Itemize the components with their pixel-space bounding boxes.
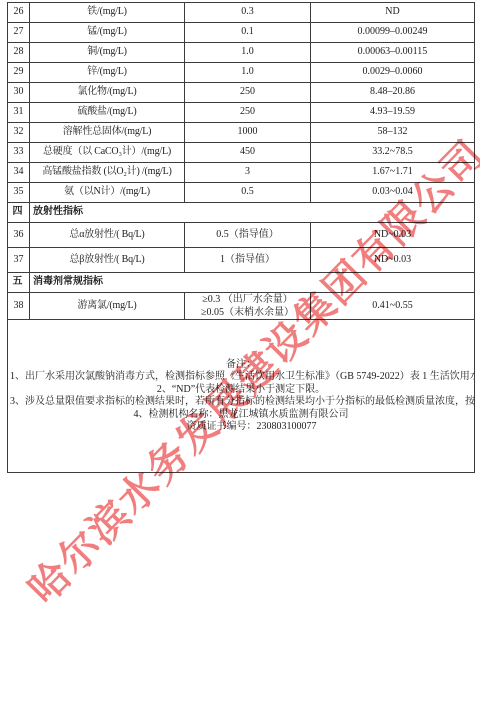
table-row: 36 总α放射性/( Bq/L) 0.5（指导值） ND~0.03 xyxy=(8,223,475,248)
indicator-name: 氯化物/(mg/L) xyxy=(30,83,185,103)
indicator-name: 硫酸盐/(mg/L) xyxy=(30,103,185,123)
result-value: 0.03~0.04 xyxy=(311,183,475,203)
note-item: 4、检测机构名称：黑龙江城镇水质监测有限公司 xyxy=(10,409,472,422)
indicator-name: 溶解性总固体/(mg/L) xyxy=(30,123,185,143)
row-number: 32 xyxy=(8,123,30,143)
limit-value: 3 xyxy=(185,163,311,183)
limit-line-factory: ≥0.3 （出厂水余量） xyxy=(187,293,308,306)
result-value: 8.48–20.86 xyxy=(311,83,475,103)
row-number: 34 xyxy=(8,163,30,183)
result-value: 0.41~0.55 xyxy=(311,293,475,320)
note-item: 2、“ND”代表检测结果小于测定下限。 xyxy=(10,384,472,397)
table-row: 26 铁/(mg/L) 0.3 ND xyxy=(8,3,475,23)
report-page: 26 铁/(mg/L) 0.3 ND 27 锰/(mg/L) 0.1 0.000… xyxy=(0,0,480,705)
result-value: 1.67~1.71 xyxy=(311,163,475,183)
row-number: 35 xyxy=(8,183,30,203)
result-value: 58–132 xyxy=(311,123,475,143)
limit-value: 250 xyxy=(185,83,311,103)
limit-value: ≥0.3 （出厂水余量） ≥0.05（末梢水余量） xyxy=(185,293,311,320)
section-number: 四 xyxy=(8,203,30,223)
row-number: 29 xyxy=(8,63,30,83)
table-row: 32 溶解性总固体/(mg/L) 1000 58–132 xyxy=(8,123,475,143)
limit-value: 450 xyxy=(185,143,311,163)
limit-value: 250 xyxy=(185,103,311,123)
indicator-name: 铁/(mg/L) xyxy=(30,3,185,23)
section-number: 五 xyxy=(8,273,30,293)
notes-cell: 备注： 1、出厂水采用次氯酸钠消毒方式，检测指标参照《生活饮用水卫生标准》（GB… xyxy=(8,320,475,473)
table-row: 31 硫酸盐/(mg/L) 250 4.93–19.59 xyxy=(8,103,475,123)
indicator-name: 总α放射性/( Bq/L) xyxy=(30,223,185,248)
row-number: 30 xyxy=(8,83,30,103)
row-number: 38 xyxy=(8,293,30,320)
note-item: 3、涉及总量限值要求指标的检测结果时，若所有分指标的检测结果均小于分指标的最低检… xyxy=(10,396,472,409)
indicator-name: 高锰酸盐指数 (以O₂计) /(mg/L) xyxy=(30,163,185,183)
row-number: 36 xyxy=(8,223,30,248)
limit-value: 0.3 xyxy=(185,3,311,23)
water-quality-table: 26 铁/(mg/L) 0.3 ND 27 锰/(mg/L) 0.1 0.000… xyxy=(7,2,475,473)
limit-value: 1.0 xyxy=(185,43,311,63)
table-row: 33 总硬度（以 CaCO₃计）/(mg/L) 450 33.2~78.5 xyxy=(8,143,475,163)
section-header-disinfectant: 五 消毒剂常规指标 xyxy=(8,273,475,293)
result-value: 33.2~78.5 xyxy=(311,143,475,163)
note-item: 1、出厂水采用次氯酸钠消毒方式，检测指标参照《生活饮用水卫生标准》（GB 574… xyxy=(10,371,472,384)
section-title: 放射性指标 xyxy=(30,203,475,223)
result-value: ND~0.03 xyxy=(311,223,475,248)
table-row: 30 氯化物/(mg/L) 250 8.48–20.86 xyxy=(8,83,475,103)
table-row: 27 锰/(mg/L) 0.1 0.00099–0.00249 xyxy=(8,23,475,43)
table-row: 28 铜/(mg/L) 1.0 0.00063–0.00115 xyxy=(8,43,475,63)
notes-title: 备注： xyxy=(10,359,472,372)
note-certificate-number: 资质证书编号：230803100077 xyxy=(10,421,472,434)
table-row: 34 高锰酸盐指数 (以O₂计) /(mg/L) 3 1.67~1.71 xyxy=(8,163,475,183)
limit-value: 0.1 xyxy=(185,23,311,43)
result-value: ND~0.03 xyxy=(311,248,475,273)
notes-row: 备注： 1、出厂水采用次氯酸钠消毒方式，检测指标参照《生活饮用水卫生标准》（GB… xyxy=(8,320,475,473)
indicator-name: 总硬度（以 CaCO₃计）/(mg/L) xyxy=(30,143,185,163)
row-number: 31 xyxy=(8,103,30,123)
indicator-name: 锌/(mg/L) xyxy=(30,63,185,83)
row-number: 26 xyxy=(8,3,30,23)
limit-value: 1（指导值） xyxy=(185,248,311,273)
table-row: 37 总β放射性/( Bq/L) 1（指导值） ND~0.03 xyxy=(8,248,475,273)
table-row: 29 锌/(mg/L) 1.0 0.0029–0.0060 xyxy=(8,63,475,83)
limit-value: 0.5（指导值） xyxy=(185,223,311,248)
result-value: ND xyxy=(311,3,475,23)
section-header-radioactivity: 四 放射性指标 xyxy=(8,203,475,223)
limit-value: 1.0 xyxy=(185,63,311,83)
section-title: 消毒剂常规指标 xyxy=(30,273,475,293)
row-number: 28 xyxy=(8,43,30,63)
limit-value: 1000 xyxy=(185,123,311,143)
indicator-name: 氨（以N计）/(mg/L) xyxy=(30,183,185,203)
result-value: 0.00063–0.00115 xyxy=(311,43,475,63)
row-number: 27 xyxy=(8,23,30,43)
indicator-name: 锰/(mg/L) xyxy=(30,23,185,43)
row-number: 33 xyxy=(8,143,30,163)
row-number: 37 xyxy=(8,248,30,273)
limit-value: 0.5 xyxy=(185,183,311,203)
result-value: 0.00099–0.00249 xyxy=(311,23,475,43)
indicator-name: 铜/(mg/L) xyxy=(30,43,185,63)
table-row: 35 氨（以N计）/(mg/L) 0.5 0.03~0.04 xyxy=(8,183,475,203)
indicator-name: 总β放射性/( Bq/L) xyxy=(30,248,185,273)
limit-line-tap: ≥0.05（末梢水余量） xyxy=(187,306,308,319)
result-value: 0.0029–0.0060 xyxy=(311,63,475,83)
result-value: 4.93–19.59 xyxy=(311,103,475,123)
table-row: 38 游离氯/(mg/L) ≥0.3 （出厂水余量） ≥0.05（末梢水余量） … xyxy=(8,293,475,320)
indicator-name: 游离氯/(mg/L) xyxy=(30,293,185,320)
